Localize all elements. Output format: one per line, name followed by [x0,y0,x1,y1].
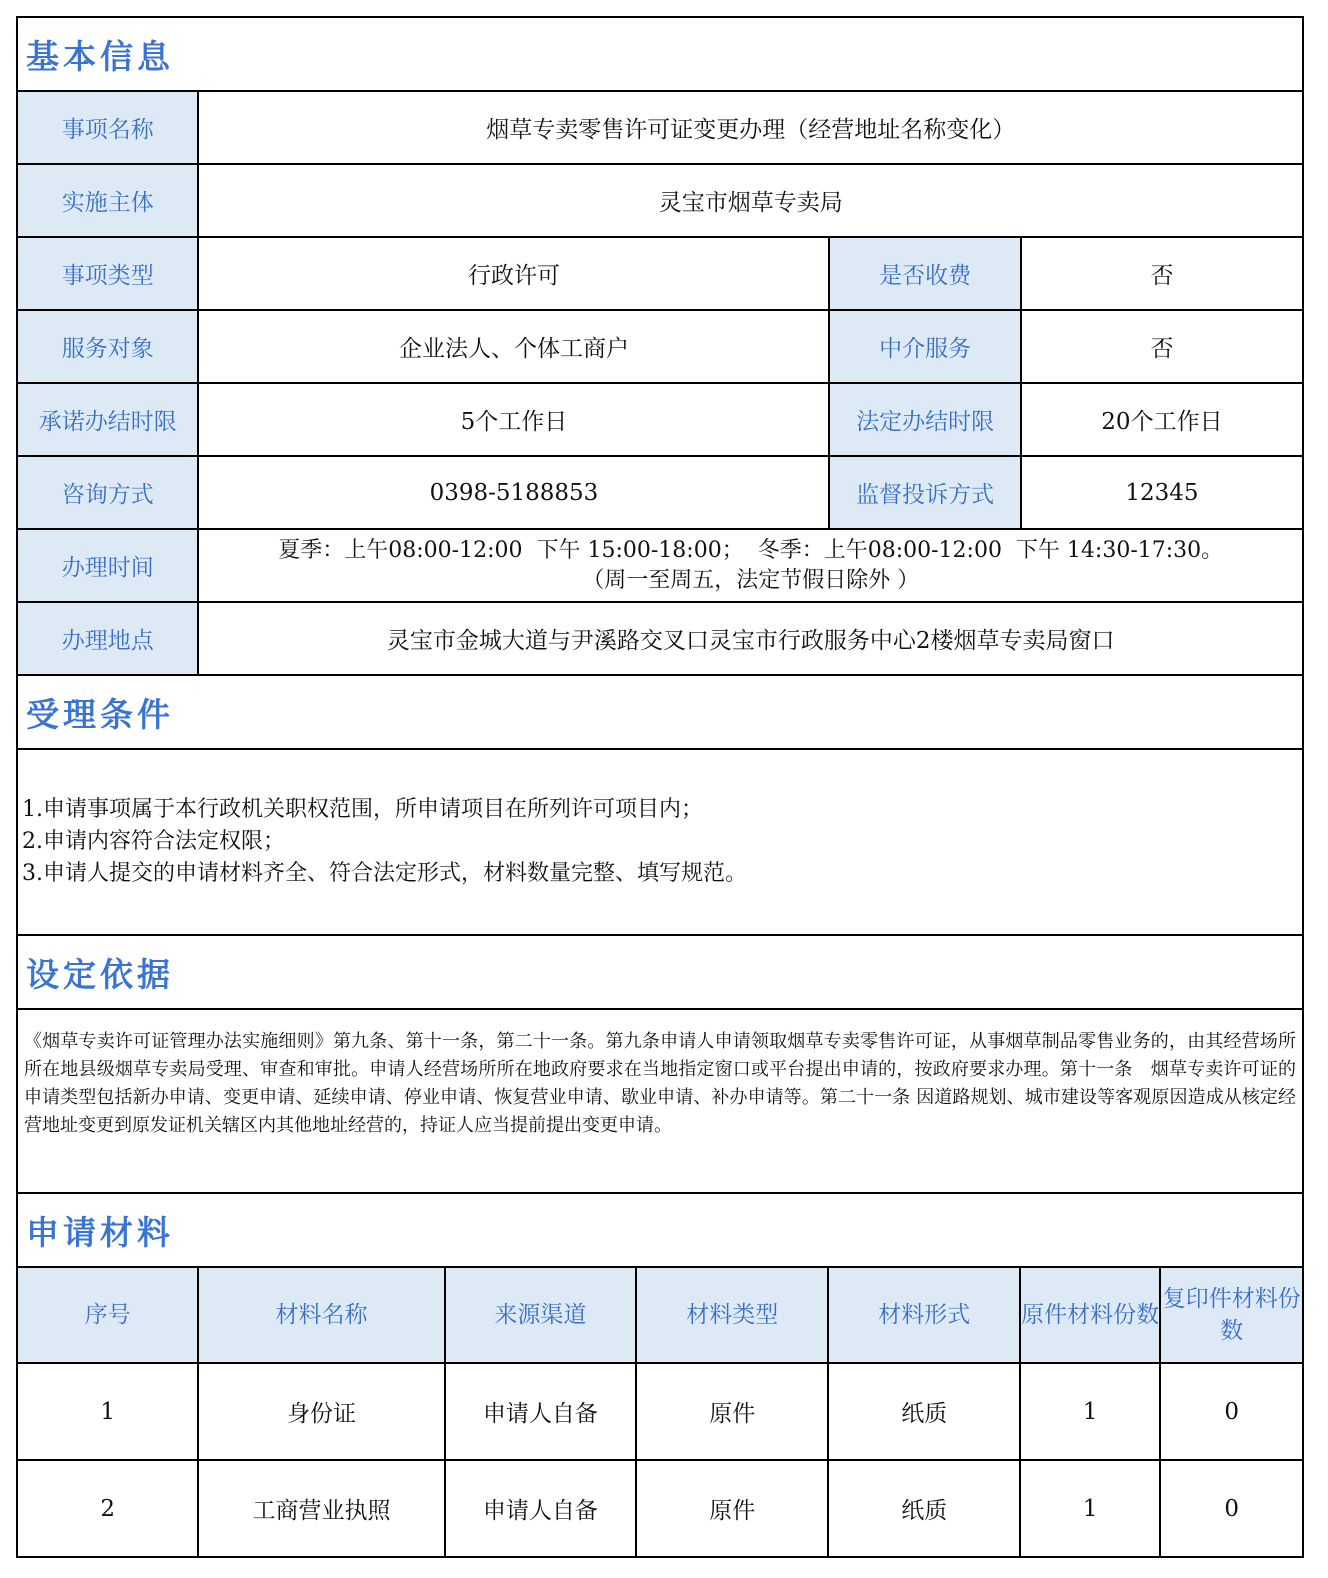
cell-copy-count: 0 [1159,1461,1302,1556]
cell-index: 1 [18,1364,197,1459]
section-basic-info: 基本信息 [18,18,1302,90]
table-row: 2 工商营业执照 申请人自备 原件 纸质 1 0 [18,1459,1302,1556]
section-basis: 设定依据 [18,934,1302,1008]
col-header-index: 序号 [18,1268,197,1362]
fee-value: 否 [1020,238,1302,309]
basis-text: 《烟草专卖许可证管理办法实施细则》第九条、第十一条，第二十一条。第九条申请人申请… [18,1010,1302,1192]
legal-value: 20个工作日 [1020,384,1302,455]
hours-line-2: （周一至周五，法定节假日除外 ） [582,566,919,596]
conditions-list: 1.申请事项属于本行政机关职权范围，所申请项目在所列许可项目内； 2.申请内容符… [18,750,1302,934]
col-header-type: 材料类型 [635,1268,827,1362]
cell-name: 身份证 [197,1364,443,1459]
col-header-copy-count: 复印件材料份数 [1159,1268,1302,1362]
section-title: 申请材料 [18,1194,1302,1266]
row-subject: 实施主体 灵宝市烟草专卖局 [18,163,1302,236]
row-hours: 办理时间 夏季：上午08:00-12:00 下午 15:00-18:00； 冬季… [18,528,1302,601]
complaint-label: 监督投诉方式 [828,457,1019,528]
consult-value: 0398-5188853 [197,457,828,528]
condition-item: 2.申请内容符合法定权限； [22,826,285,858]
hours-label: 办理时间 [18,530,197,601]
cell-type: 原件 [635,1364,827,1459]
section-conditions: 受理条件 [18,674,1302,748]
item-name-value: 烟草专卖零售许可证变更办理（经营地址名称变化） [197,92,1302,163]
location-label: 办理地点 [18,603,197,674]
target-value: 企业法人、个体工商户 [197,311,828,382]
subject-label: 实施主体 [18,165,197,236]
cell-source: 申请人自备 [444,1461,635,1556]
cell-original-count: 1 [1019,1364,1160,1459]
cell-type: 原件 [635,1461,827,1556]
location-value: 灵宝市金城大道与尹溪路交叉口灵宝市行政服务中心2楼烟草专卖局窗口 [197,603,1302,674]
row-contact: 咨询方式 0398-5188853 监督投诉方式 12345 [18,455,1302,528]
cell-source: 申请人自备 [444,1364,635,1459]
type-label: 事项类型 [18,238,197,309]
fee-label: 是否收费 [828,238,1019,309]
condition-item: 3.申请人提交的申请材料齐全、符合法定形式，材料数量完整、填写规范。 [22,858,747,890]
agency-label: 中介服务 [828,311,1019,382]
col-header-name: 材料名称 [197,1268,443,1362]
cell-index: 2 [18,1461,197,1556]
promise-value: 5个工作日 [197,384,828,455]
row-item-name: 事项名称 烟草专卖零售许可证变更办理（经营地址名称变化） [18,90,1302,163]
item-name-label: 事项名称 [18,92,197,163]
cell-form: 纸质 [827,1461,1018,1556]
target-label: 服务对象 [18,311,197,382]
col-header-source: 来源渠道 [444,1268,635,1362]
cell-copy-count: 0 [1159,1364,1302,1459]
legal-label: 法定办结时限 [828,384,1019,455]
basis-body: 《烟草专卖许可证管理办法实施细则》第九条、第十一条，第二十一条。第九条申请人申请… [18,1008,1302,1192]
row-time-limit: 承诺办结时限 5个工作日 法定办结时限 20个工作日 [18,382,1302,455]
col-header-form: 材料形式 [827,1268,1018,1362]
complaint-value: 12345 [1020,457,1302,528]
cell-form: 纸质 [827,1364,1018,1459]
hours-line-1: 夏季：上午08:00-12:00 下午 15:00-18:00； 冬季：上午08… [278,536,1223,566]
section-title: 基本信息 [18,18,1302,90]
materials-header-row: 序号 材料名称 来源渠道 材料类型 材料形式 原件材料份数 复印件材料份数 [18,1266,1302,1362]
condition-item: 1.申请事项属于本行政机关职权范围，所申请项目在所列许可项目内； [22,794,703,826]
section-materials: 申请材料 [18,1192,1302,1266]
subject-value: 灵宝市烟草专卖局 [197,165,1302,236]
section-title: 受理条件 [18,676,1302,748]
agency-value: 否 [1020,311,1302,382]
table-row: 1 身份证 申请人自备 原件 纸质 1 0 [18,1362,1302,1459]
type-value: 行政许可 [197,238,828,309]
row-type: 事项类型 行政许可 是否收费 否 [18,236,1302,309]
hours-value: 夏季：上午08:00-12:00 下午 15:00-18:00； 冬季：上午08… [197,530,1302,601]
cell-original-count: 1 [1019,1461,1160,1556]
row-location: 办理地点 灵宝市金城大道与尹溪路交叉口灵宝市行政服务中心2楼烟草专卖局窗口 [18,601,1302,674]
section-title: 设定依据 [18,936,1302,1008]
service-guide-table: 基本信息 事项名称 烟草专卖零售许可证变更办理（经营地址名称变化） 实施主体 灵… [16,16,1304,1558]
cell-name: 工商营业执照 [197,1461,443,1556]
promise-label: 承诺办结时限 [18,384,197,455]
conditions-body: 1.申请事项属于本行政机关职权范围，所申请项目在所列许可项目内； 2.申请内容符… [18,748,1302,934]
row-target: 服务对象 企业法人、个体工商户 中介服务 否 [18,309,1302,382]
consult-label: 咨询方式 [18,457,197,528]
col-header-original-count: 原件材料份数 [1019,1268,1160,1362]
